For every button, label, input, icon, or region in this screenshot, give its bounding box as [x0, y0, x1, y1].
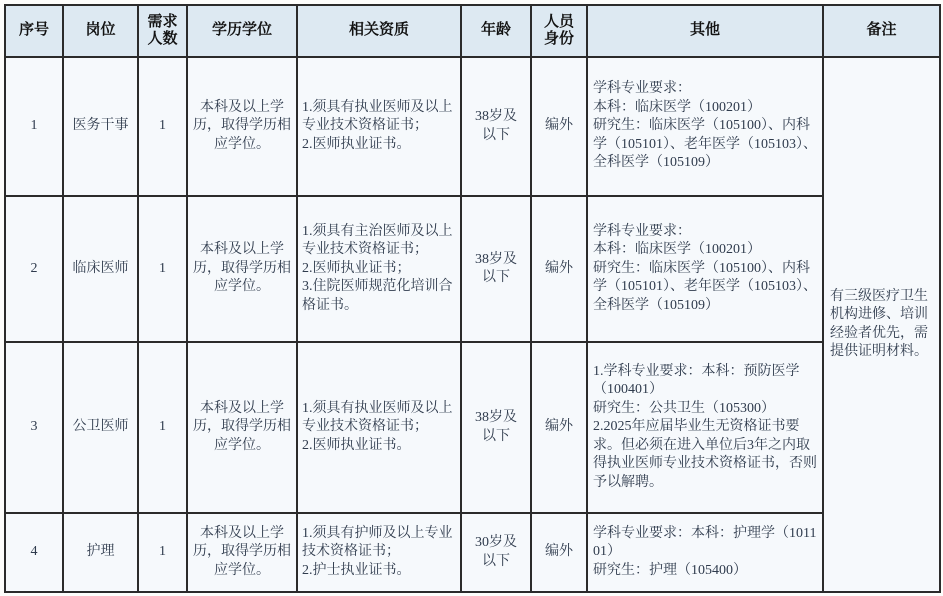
- cell-other: 学科专业要求：本科：护理学（101101） 研究生：护理（105400）: [587, 513, 823, 592]
- recruitment-table-container: 序号 岗位 需求 人数 学历学位 相关资质 年龄 人员 身份 其他 备注 1 医…: [0, 0, 943, 593]
- table-row: 1 医务干事 1 本科及以上学历，取得学历相应学位。 1.须具有执业医师及以上专…: [5, 57, 940, 196]
- header-other: 其他: [587, 5, 823, 57]
- recruitment-table: 序号 岗位 需求 人数 学历学位 相关资质 年龄 人员 身份 其他 备注 1 医…: [4, 4, 941, 593]
- table-row: 3 公卫医师 1 本科及以上学历，取得学历相应学位。 1.须具有执业医师及以上专…: [5, 342, 940, 513]
- cell-age: 38岁及 以下: [461, 342, 531, 513]
- table-row: 2 临床医师 1 本科及以上学历，取得学历相应学位。 1.须具有主治医师及以上专…: [5, 196, 940, 342]
- cell-headcount: 1: [138, 57, 187, 196]
- cell-position: 临床医师: [63, 196, 138, 342]
- header-position: 岗位: [63, 5, 138, 57]
- cell-position: 护理: [63, 513, 138, 592]
- cell-qualifications: 1.须具有执业医师及以上专业技术资格证书； 2.医师执业证书。: [297, 342, 461, 513]
- header-qualifications: 相关资质: [297, 5, 461, 57]
- cell-remarks-merged: 有三级医疗卫生机构进修、培训经验者优先，需提供证明材料。: [823, 57, 940, 592]
- cell-identity: 编外: [531, 513, 587, 592]
- cell-education: 本科及以上学历，取得学历相应学位。: [187, 57, 297, 196]
- cell-identity: 编外: [531, 342, 587, 513]
- cell-qualifications: 1.须具有执业医师及以上专业技术资格证书； 2.医师执业证书。: [297, 57, 461, 196]
- table-row: 4 护理 1 本科及以上学历，取得学历相应学位。 1.须具有护师及以上专业技术资…: [5, 513, 940, 592]
- cell-position: 医务干事: [63, 57, 138, 196]
- header-headcount: 需求 人数: [138, 5, 187, 57]
- table-header-row: 序号 岗位 需求 人数 学历学位 相关资质 年龄 人员 身份 其他 备注: [5, 5, 940, 57]
- cell-other: 1.学科专业要求：本科：预防医学（100401） 研究生：公共卫生（105300…: [587, 342, 823, 513]
- cell-position: 公卫医师: [63, 342, 138, 513]
- cell-qualifications: 1.须具有主治医师及以上专业技术资格证书； 2.医师执业证书； 3.住院医师规范…: [297, 196, 461, 342]
- cell-education: 本科及以上学历，取得学历相应学位。: [187, 513, 297, 592]
- cell-headcount: 1: [138, 513, 187, 592]
- cell-identity: 编外: [531, 57, 587, 196]
- cell-serial-number: 1: [5, 57, 63, 196]
- cell-other: 学科专业要求： 本科：临床医学（100201） 研究生：临床医学（105100）…: [587, 196, 823, 342]
- header-serial-number: 序号: [5, 5, 63, 57]
- header-age: 年龄: [461, 5, 531, 57]
- cell-education: 本科及以上学历，取得学历相应学位。: [187, 196, 297, 342]
- cell-education: 本科及以上学历，取得学历相应学位。: [187, 342, 297, 513]
- cell-identity: 编外: [531, 196, 587, 342]
- cell-headcount: 1: [138, 342, 187, 513]
- cell-serial-number: 2: [5, 196, 63, 342]
- header-remarks: 备注: [823, 5, 940, 57]
- cell-age: 30岁及 以下: [461, 513, 531, 592]
- cell-qualifications: 1.须具有护师及以上专业技术资格证书； 2.护士执业证书。: [297, 513, 461, 592]
- cell-headcount: 1: [138, 196, 187, 342]
- cell-age: 38岁及 以下: [461, 196, 531, 342]
- cell-other: 学科专业要求： 本科：临床医学（100201） 研究生：临床医学（105100）…: [587, 57, 823, 196]
- cell-serial-number: 4: [5, 513, 63, 592]
- cell-age: 38岁及 以下: [461, 57, 531, 196]
- header-personnel-identity: 人员 身份: [531, 5, 587, 57]
- cell-serial-number: 3: [5, 342, 63, 513]
- header-education-degree: 学历学位: [187, 5, 297, 57]
